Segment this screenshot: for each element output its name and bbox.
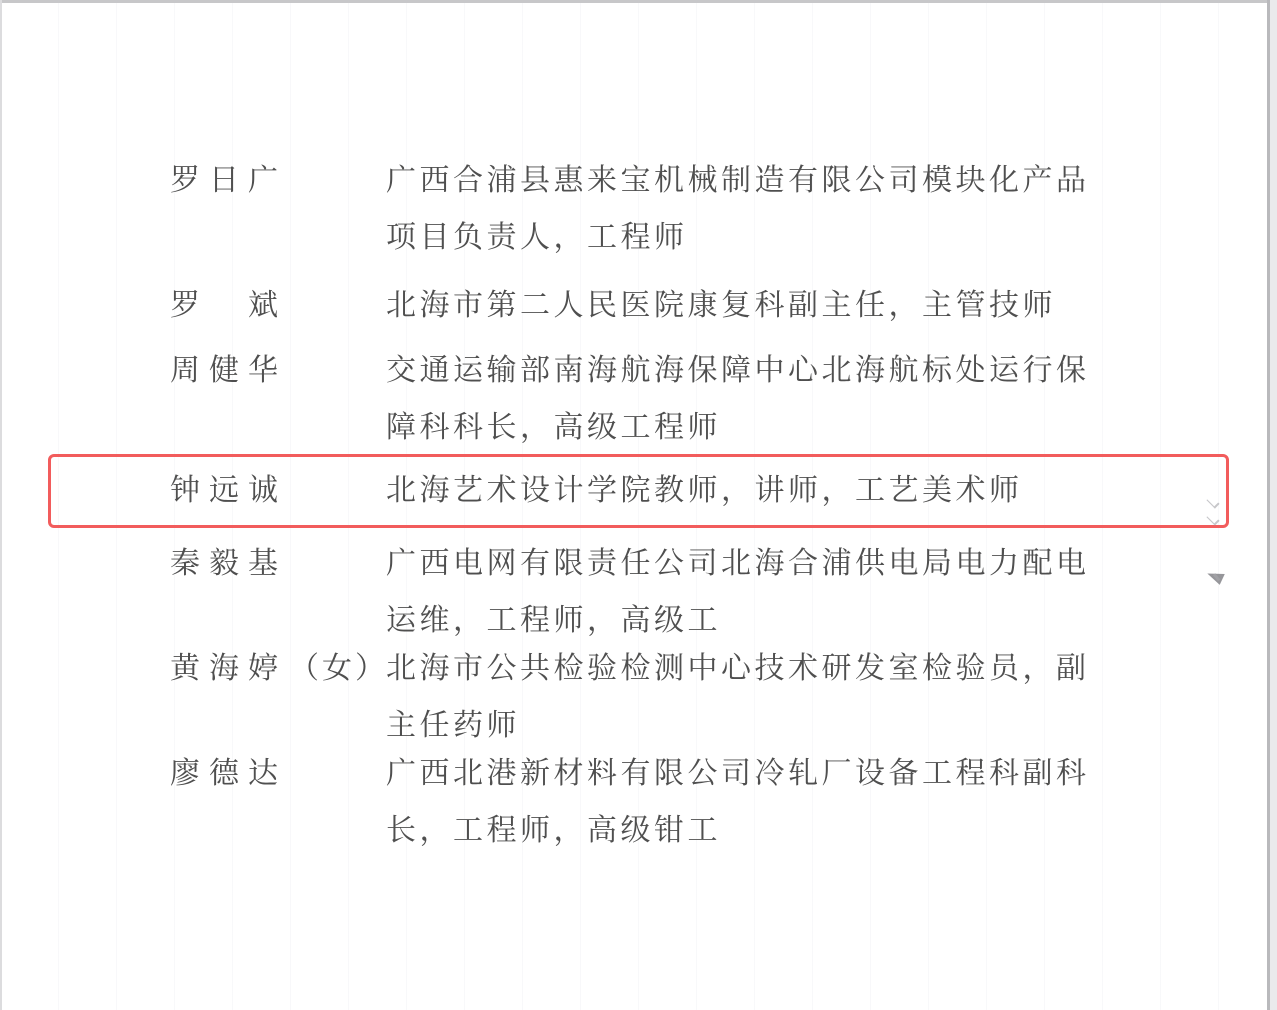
page-edge-left [0,0,2,1010]
title-line: 北海市第二人民医院康复科副主任，主管技师 [386,277,1102,334]
title-line: 长，工程师，高级钳工 [386,802,1102,859]
title-line: 广西北港新材料有限公司冷轧厂设备工程科副科 [386,745,1102,802]
chevron-down-icon [1206,495,1219,508]
person-name: 罗 斌 [170,277,386,334]
title-line: 北海艺术设计学院教师，讲师，工艺美术师 [386,462,1102,519]
cursor-artifact [1205,567,1225,585]
title-line: 障科科长，高级工程师 [386,399,1102,456]
title-line: 广西电网有限责任公司北海合浦供电局电力配电 [386,535,1102,592]
person-name: 周健华 [170,342,386,399]
person-title: 广西电网有限责任公司北海合浦供电局电力配电 运维，工程师，高级工 [386,535,1102,649]
person-title: 交通运输部南海航海保障中心北海航标处运行保 障科科长，高级工程师 [386,342,1102,456]
gender-note: （女） [289,640,388,697]
person-name: 秦毅基 [170,535,386,592]
chevron-down-icon [1206,512,1219,525]
page-edge-right-strip [1270,0,1277,1010]
person-title: 北海艺术设计学院教师，讲师，工艺美术师 [386,462,1102,519]
title-line: 交通运输部南海航海保障中心北海航标处运行保 [386,342,1102,399]
person-name: 罗日广 [170,152,386,209]
scan-artifact-chevrons [1207,496,1219,530]
scanned-page: 罗日广 广西合浦县惠来宝机械制造有限公司模块化产品 项目负责人，工程师 罗 斌 … [0,0,1277,1010]
person-name: 黄海婷 （女） [170,640,386,697]
person-name: 廖德达 [170,745,386,802]
person-title: 北海市公共检验检测中心技术研发室检验员，副 主任药师 [386,640,1102,754]
person-title: 广西北港新材料有限公司冷轧厂设备工程科副科 长，工程师，高级钳工 [386,745,1102,859]
person-title: 北海市第二人民医院康复科副主任，主管技师 [386,277,1102,334]
person-name: 钟远诚 [170,462,386,519]
title-line: 广西合浦县惠来宝机械制造有限公司模块化产品 [386,152,1102,209]
person-title: 广西合浦县惠来宝机械制造有限公司模块化产品 项目负责人，工程师 [386,152,1102,266]
title-line: 北海市公共检验检测中心技术研发室检验员，副 [386,640,1102,697]
page-edge-top [0,0,1277,3]
title-line: 项目负责人，工程师 [386,209,1102,266]
